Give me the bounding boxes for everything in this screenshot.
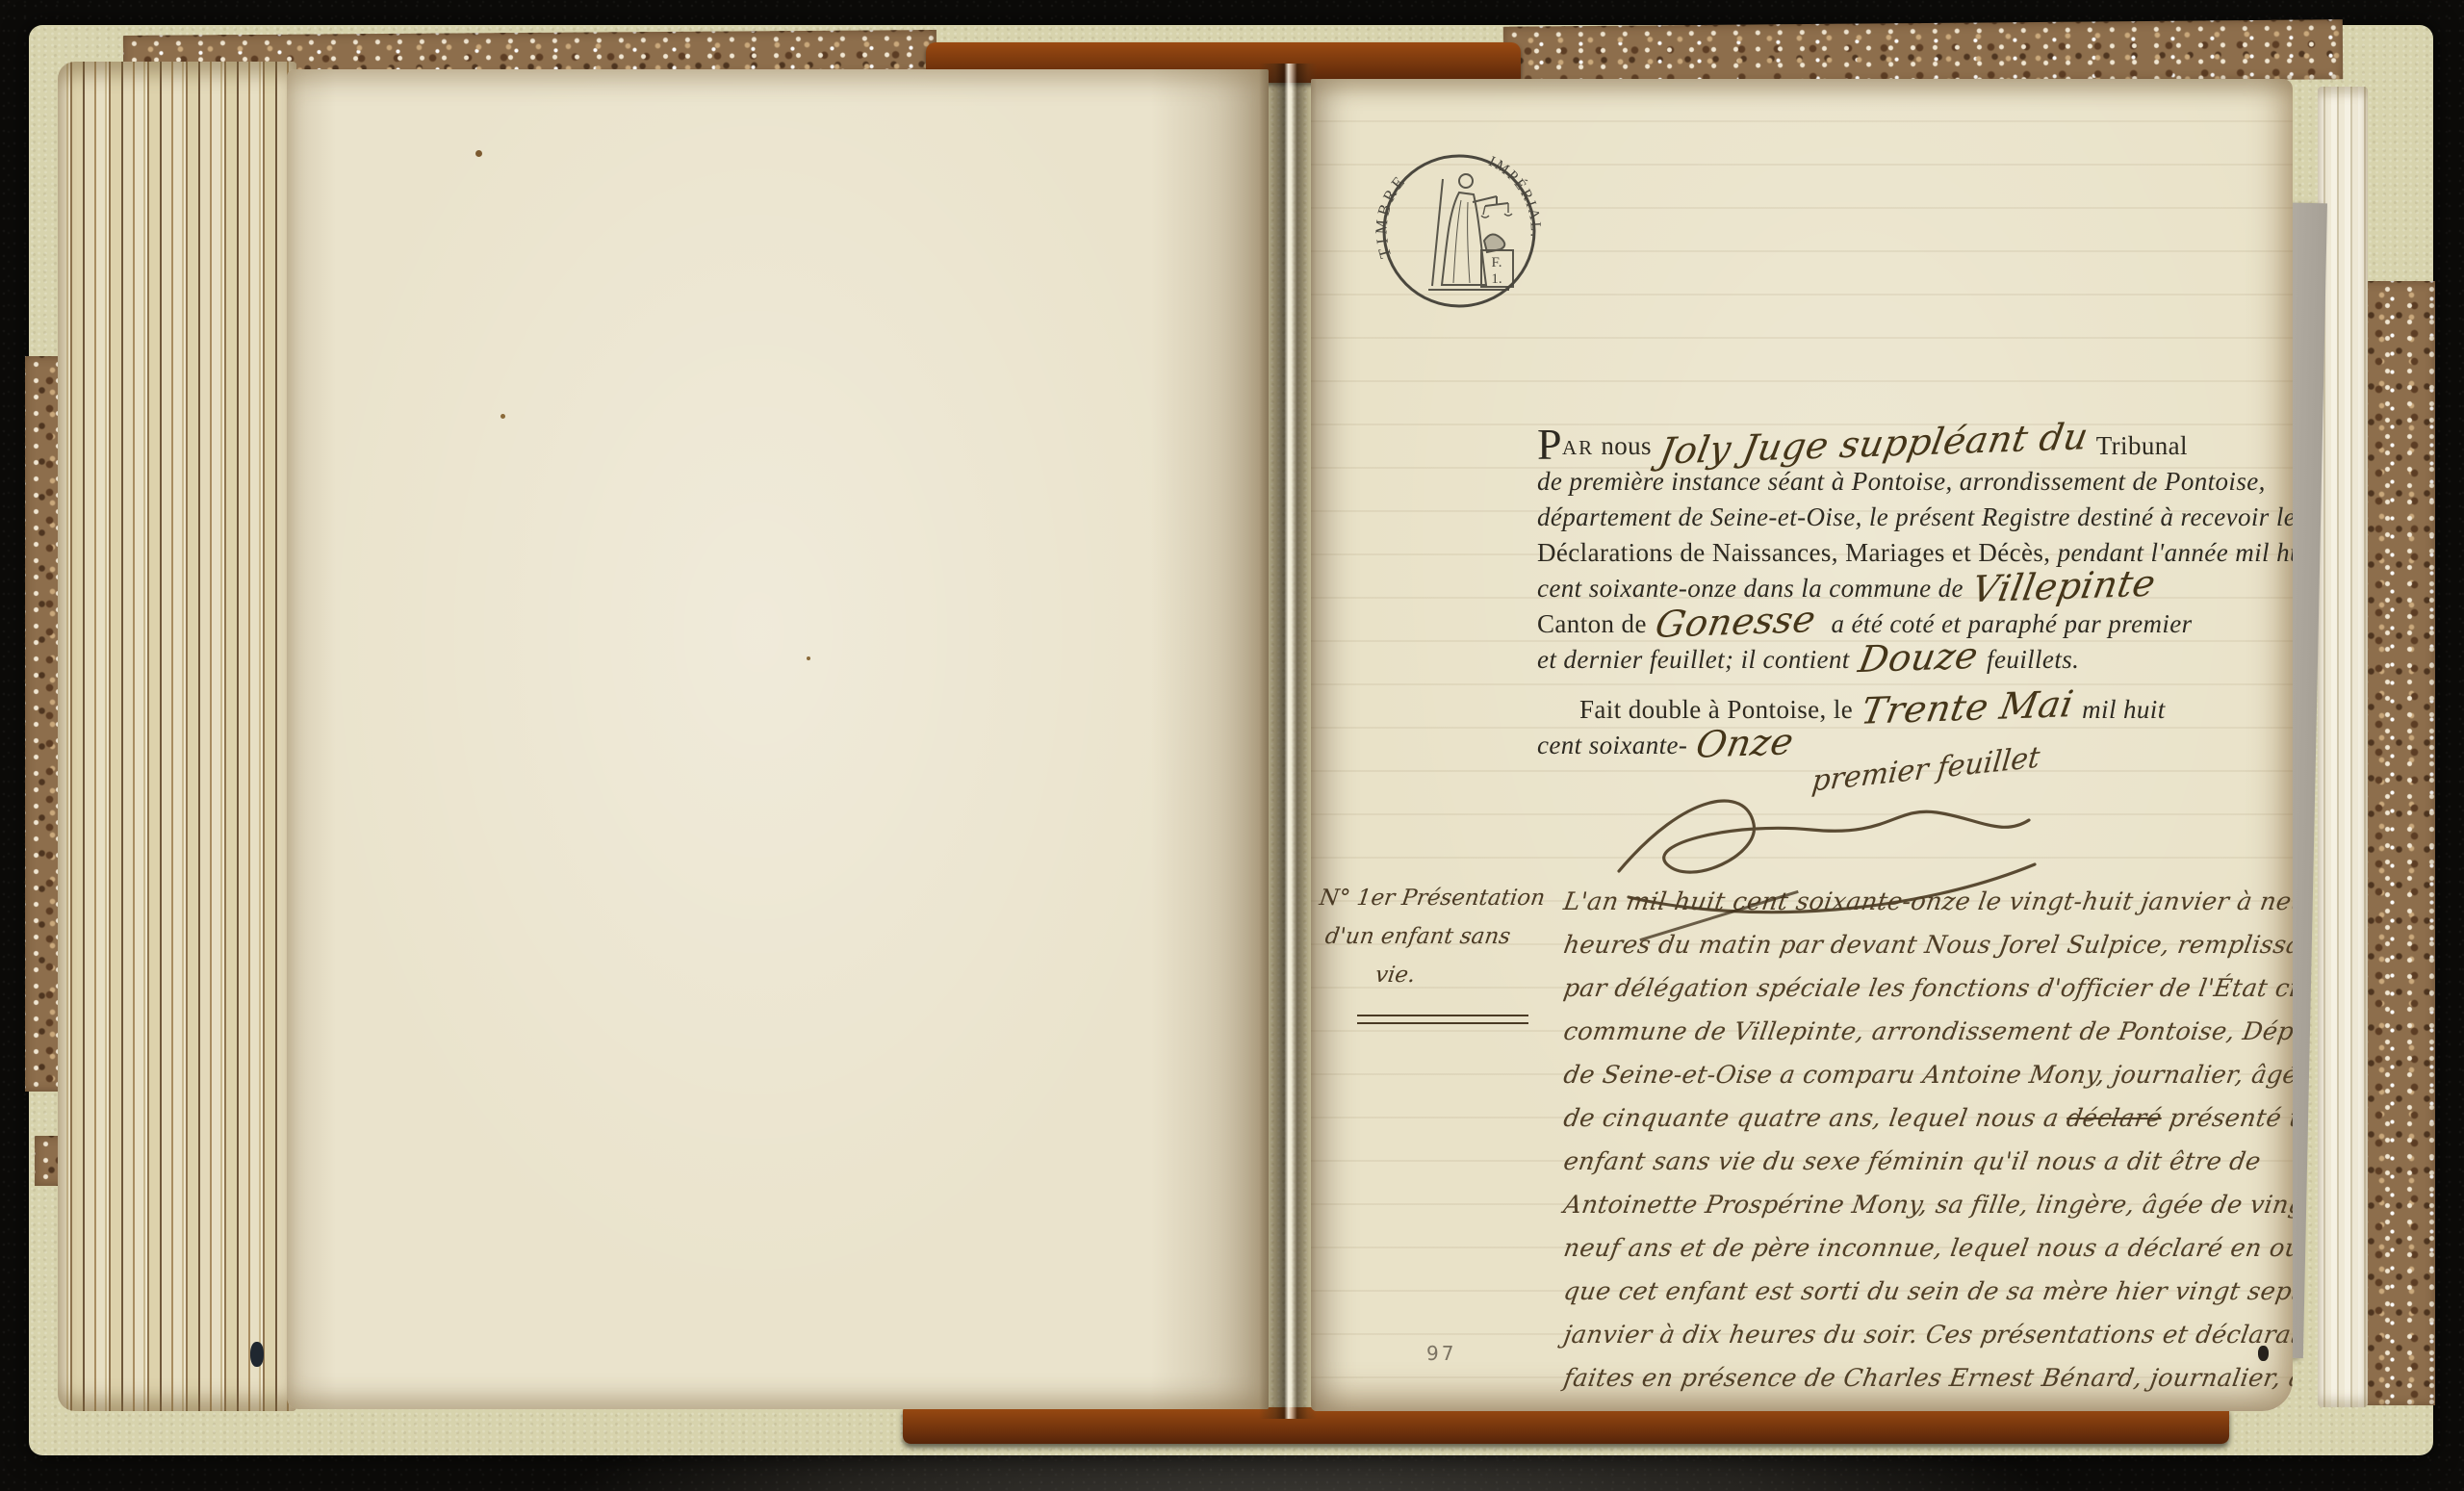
- printed-line: département de Seine-et-Oise, le présent…: [1537, 502, 2278, 538]
- marbled-paper-top-right: [1503, 19, 2344, 87]
- act-line: neuf ans et de père inconnue, lequel nou…: [1559, 1234, 2293, 1277]
- stamp-value-1: 1.: [1491, 271, 1501, 287]
- left-blank-page: [287, 69, 1269, 1409]
- fox-spot: [500, 414, 505, 419]
- margin-note-line: vie.: [1316, 963, 1553, 1001]
- ink-blot-right-page: [2258, 1346, 2269, 1361]
- act-line: de cinquante quatre ans, lequel nous a d…: [1559, 1104, 2293, 1147]
- act-body-handwriting: L'an mil huit cent soixante-onze le ving…: [1559, 887, 2293, 1407]
- act-line: janvier à dix heures du soir. Ces présen…: [1559, 1321, 2293, 1364]
- act-line: de Seine-et-Oise a comparu Antoine Mony,…: [1559, 1061, 2293, 1104]
- stamp-value-f: F.: [1492, 255, 1502, 270]
- page-number: 97: [1426, 1342, 1456, 1365]
- fox-spot: [475, 150, 482, 157]
- spine-leather-bottom: [903, 1407, 2229, 1444]
- gutter-shadow: [1259, 64, 1317, 1419]
- ink-blot-left-stack: [250, 1342, 264, 1367]
- stamp-text-timbre: TIMBRE: [1373, 170, 1410, 260]
- act-line: faites en présence de Charles Ernest Bén…: [1559, 1364, 2293, 1407]
- right-register-page: TIMBRE IMPÉRIAL. F. 1. PAR nousJoly: [1311, 79, 2293, 1411]
- act-line: par délégation spéciale les fonctions d'…: [1559, 974, 2293, 1017]
- scan-background: TIMBRE IMPÉRIAL. F. 1. PAR nousJoly: [0, 0, 2464, 1491]
- svg-text:TIMBRE: TIMBRE: [1373, 170, 1410, 260]
- printed-line: PAR nousJoly Juge suppléant duTribunal: [1537, 431, 2278, 467]
- printed-form-block: PAR nousJoly Juge suppléant duTribunalde…: [1537, 431, 2278, 766]
- printed-line: Fait double à Pontoise, leTrente Maimil …: [1537, 695, 2278, 731]
- margin-note-divider: [1357, 1015, 1528, 1024]
- act-line: heures du matin par devant Nous Jorel Su…: [1559, 931, 2293, 974]
- printed-line: cent soixante-onze dans la commune deVil…: [1537, 574, 2278, 609]
- act-line: commune de Villepinte, arrondissement de…: [1559, 1017, 2293, 1061]
- margin-note-line: d'un enfant sans: [1316, 924, 1553, 963]
- act-line: L'an mil huit cent soixante-onze le ving…: [1559, 887, 2293, 931]
- margin-note: N° 1er Présentationd'un enfant sansvie.: [1319, 886, 1550, 1001]
- printed-line: Déclarations de Naissances, Mariages et …: [1537, 538, 2278, 574]
- margin-note-line: N° 1er Présentation: [1316, 886, 1553, 924]
- act-line: Antoinette Prospérine Mony, sa fille, li…: [1559, 1191, 2293, 1234]
- left-page-stack-edges: [58, 62, 296, 1411]
- act-line: enfant sans vie du sexe féminin qu'il no…: [1559, 1147, 2293, 1191]
- printed-line: de première instance séant à Pontoise, a…: [1537, 467, 2278, 502]
- imperial-stamp: TIMBRE IMPÉRIAL. F. 1.: [1373, 144, 1546, 318]
- fox-spot: [807, 656, 810, 660]
- act-line: que cet enfant est sorti du sein de sa m…: [1559, 1277, 2293, 1321]
- printed-line: et dernier feuillet; il contientDouzefeu…: [1537, 645, 2278, 681]
